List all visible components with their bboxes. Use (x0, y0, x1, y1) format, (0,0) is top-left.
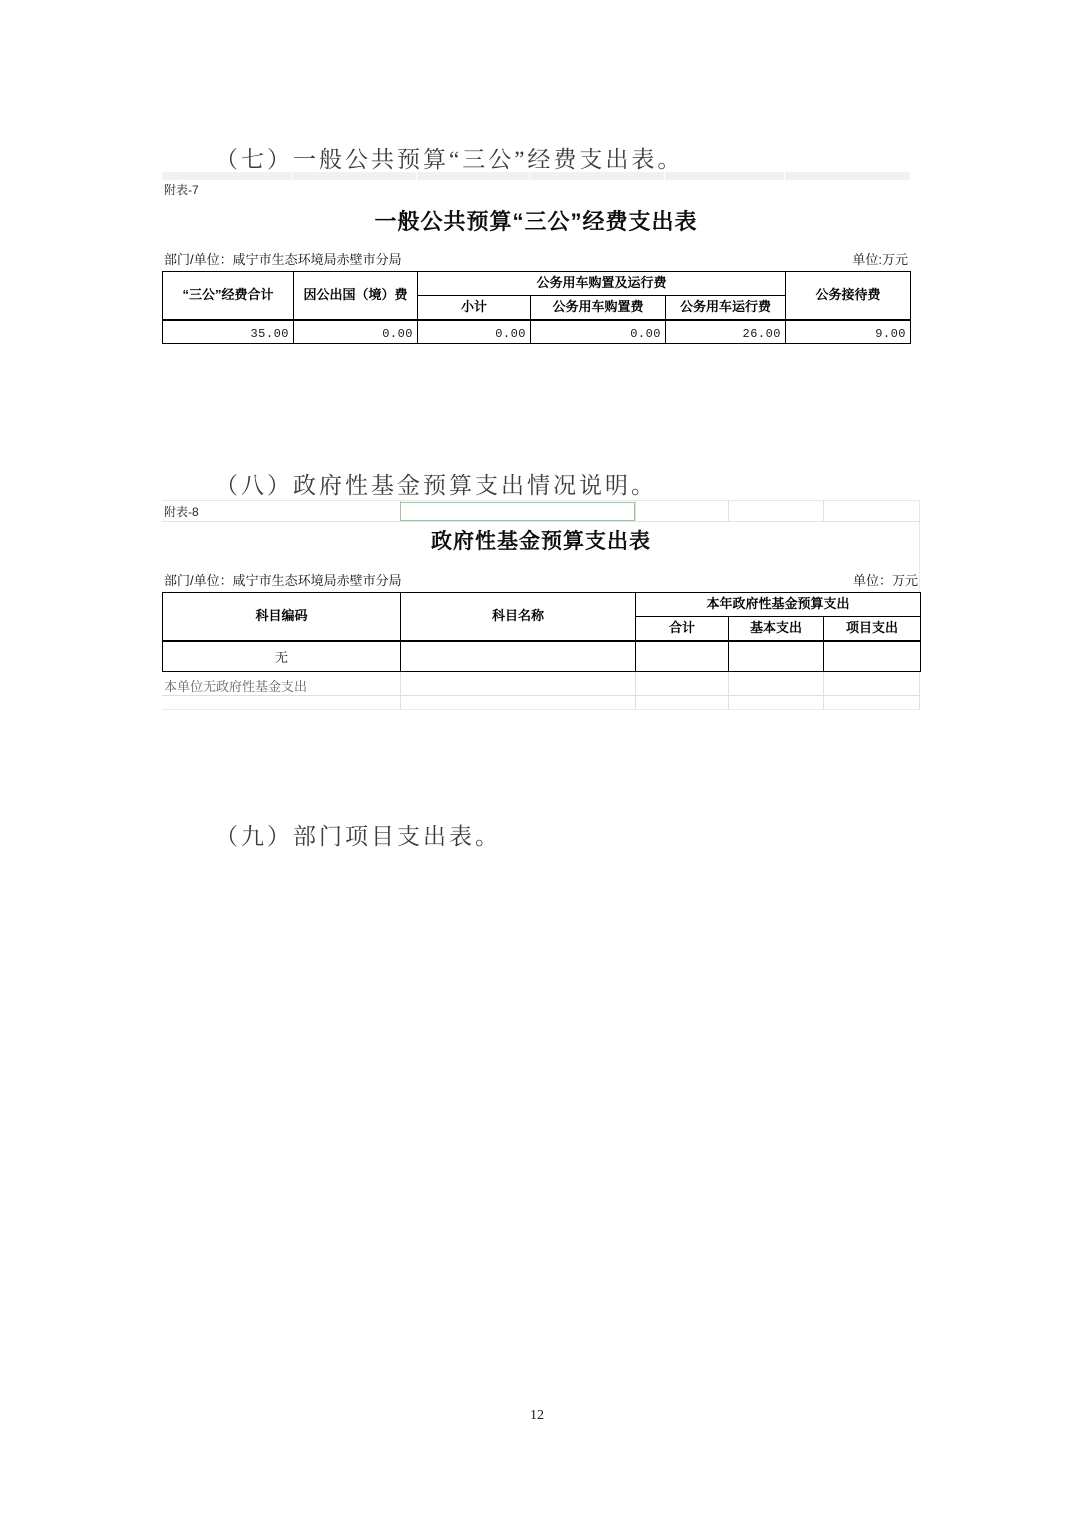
table7-header-vehicle-group: 公务用车购置及运行费 (418, 272, 786, 296)
table8-note: 本单位无政府性基金支出 (164, 679, 307, 694)
table7-header-total: “三公”经费合计 (163, 272, 294, 321)
table7-cell-abroad: 0.00 (294, 320, 418, 344)
grid-cell (785, 172, 910, 180)
table7-label: 附表-7 (162, 180, 910, 200)
table7-cell-vehicle-sub: 0.00 (418, 320, 531, 344)
gridline-tick (635, 501, 636, 521)
table8-header-basic: 基本支出 (729, 617, 824, 642)
gridline-tick (728, 672, 729, 695)
table8-header-group: 本年政府性基金预算支出 (636, 593, 921, 617)
table8-cell-project (824, 641, 921, 672)
table7-cell-reception: 9.00 (786, 320, 911, 344)
section-heading-8: （八）政府性基金预算支出情况说明。 (215, 467, 657, 500)
gridline-tick (728, 501, 729, 521)
gridline-tick (823, 501, 824, 521)
spreadsheet-grid-strip (162, 172, 910, 180)
gridline-tick (823, 696, 824, 709)
table7-header-vehicle-sub: 小计 (418, 296, 531, 321)
table8-data-row: 无 (163, 641, 921, 672)
table8-empty-grid-row (162, 696, 920, 710)
table8-dept: 部门/单位：咸宁市生态环境局赤壁市分局 (164, 570, 402, 589)
table8-header-row-1: 科目编码 科目名称 本年政府性基金预算支出 (163, 593, 921, 617)
table8-cell-total (636, 641, 729, 672)
table7-dept-row: 部门/单位：咸宁市生态环境局赤壁市分局 单位:万元 (162, 242, 910, 271)
gridline-tick (919, 672, 920, 695)
table8-cell-basic (729, 641, 824, 672)
gridline-tick (400, 696, 401, 709)
table8-label: 附表-8 (164, 505, 199, 519)
table7-sheet: 附表-7 一般公共预算“三公”经费支出表 部门/单位：咸宁市生态环境局赤壁市分局… (162, 172, 910, 344)
table7-header-vehicle-operation: 公务用车运行费 (666, 296, 786, 321)
table7-header-reception: 公务接待费 (786, 272, 911, 321)
document-page: （七）一般公共预算“三公”经费支出表。 附表-7 一般公共预算“三公”经费支出表… (0, 0, 1074, 1520)
table8-dept-row: 部门/单位：咸宁市生态环境局赤壁市分局 单位：万元 (162, 562, 920, 592)
section-heading-7: （七）一般公共预算“三公”经费支出表。 (215, 141, 683, 174)
selected-cell-outline[interactable] (400, 502, 635, 521)
table7-data-row: 35.00 0.00 0.00 0.00 26.00 9.00 (163, 320, 911, 344)
gridline-tick (823, 672, 824, 695)
table8-cell-code: 无 (163, 641, 401, 672)
gridline-tick (728, 696, 729, 709)
table7-header-abroad: 因公出国（境）费 (294, 272, 418, 321)
table8-header-total: 合计 (636, 617, 729, 642)
table7-cell-vehicle-purchase: 0.00 (531, 320, 666, 344)
table7-cell-vehicle-operation: 26.00 (666, 320, 786, 344)
page-number: 12 (0, 1408, 1074, 1424)
table8-unit: 单位：万元 (853, 570, 918, 589)
table7-header-row-1: “三公”经费合计 因公出国（境）费 公务用车购置及运行费 公务接待费 (163, 272, 911, 296)
table7-dept: 部门/单位：咸宁市生态环境局赤壁市分局 (164, 249, 402, 268)
table8-note-row: 本单位无政府性基金支出 (162, 672, 920, 696)
gridline-tick (635, 672, 636, 695)
table7-unit: 单位:万元 (852, 249, 908, 268)
section-heading-9: （九）部门项目支出表。 (215, 818, 501, 851)
table7: “三公”经费合计 因公出国（境）费 公务用车购置及运行费 公务接待费 小计 公务… (162, 271, 911, 344)
table8-cell-name (401, 641, 636, 672)
grid-cell (665, 172, 785, 180)
table7-header-vehicle-purchase: 公务用车购置费 (531, 296, 666, 321)
grid-cell (162, 172, 293, 180)
table8-header-code: 科目编码 (163, 593, 401, 642)
gridline-tick (400, 672, 401, 695)
table8-header-project: 项目支出 (824, 617, 921, 642)
gridline-tick (635, 696, 636, 709)
grid-cell (293, 172, 417, 180)
table8: 科目编码 科目名称 本年政府性基金预算支出 合计 基本支出 项目支出 无 (162, 592, 921, 672)
table7-cell-total: 35.00 (163, 320, 294, 344)
table8-label-row: 附表-8 (162, 500, 920, 522)
grid-cell (530, 172, 665, 180)
gridline-tick (919, 696, 920, 709)
table8-title: 政府性基金预算支出表 (162, 522, 920, 562)
table7-title: 一般公共预算“三公”经费支出表 (162, 200, 910, 242)
table8-sheet: 附表-8 政府性基金预算支出表 部门/单位：咸宁市生态环境局赤壁市分局 单位：万… (162, 500, 920, 710)
table8-header-name: 科目名称 (401, 593, 636, 642)
grid-cell (417, 172, 530, 180)
